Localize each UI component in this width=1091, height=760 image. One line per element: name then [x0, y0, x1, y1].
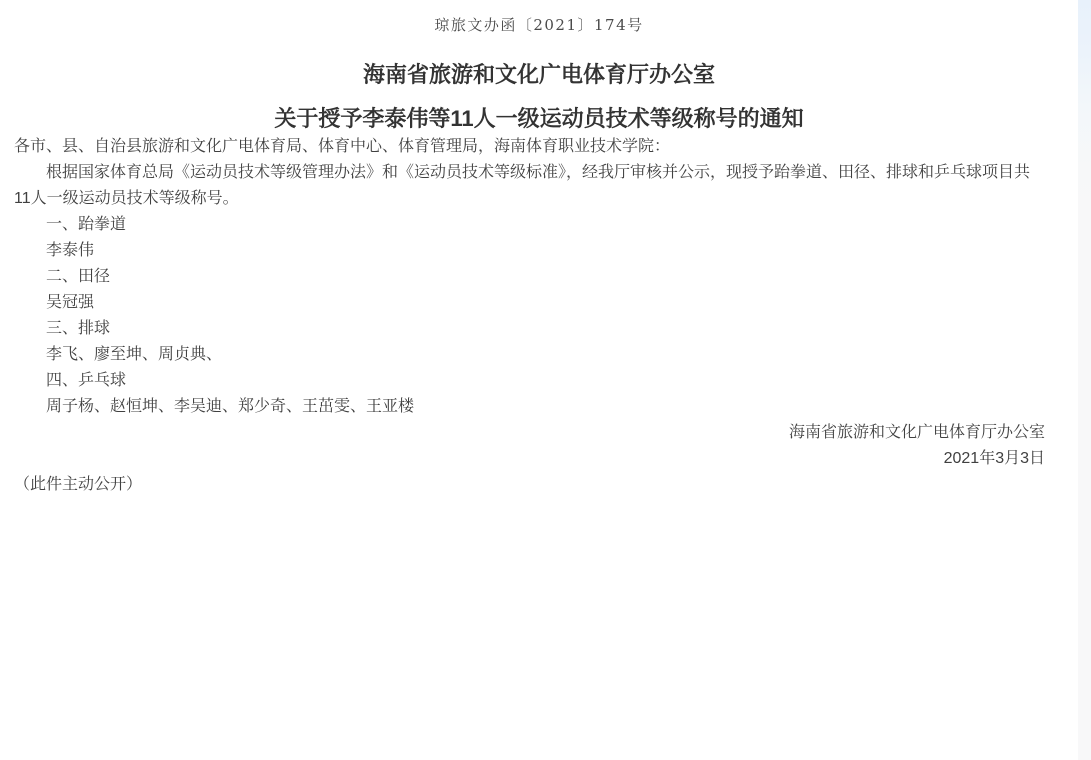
section-heading-athletics: 二、田径 [14, 264, 1064, 290]
body-paragraph-line-1: 根据国家体育总局《运动员技术等级管理办法》和《运动员技术等级标准》，经我厅审核并… [14, 160, 1064, 186]
scrollbar[interactable] [1078, 0, 1091, 760]
section-names-table-tennis: 周子杨、赵恒坤、李吴迪、郑少奇、王茁雯、王亚楼 [14, 394, 1064, 420]
section-heading-table-tennis: 四、乒乓球 [14, 368, 1064, 394]
section-heading-taekwondo: 一、跆拳道 [14, 212, 1064, 238]
public-disclosure-note: （此件主动公开） [14, 472, 1064, 498]
signature-organization: 海南省旅游和文化广电体育厅办公室 [14, 420, 1064, 446]
doc-number: 琼旅文办函〔2021〕174号 [14, 14, 1064, 36]
section-names-volleyball: 李飞、廖至坤、周贞典、 [14, 342, 1064, 368]
section-names-taekwondo: 李泰伟 [14, 238, 1064, 264]
document-page: 琼旅文办函〔2021〕174号 海南省旅游和文化广电体育厅办公室 关于授予李泰伟… [0, 0, 1078, 498]
notice-subject-title: 关于授予李泰伟等11人一级运动员技术等级称号的通知 [14, 104, 1064, 134]
signature-date: 2021年3月3日 [14, 446, 1064, 472]
section-names-athletics: 吴冠强 [14, 290, 1064, 316]
org-title: 海南省旅游和文化广电体育厅办公室 [14, 60, 1064, 90]
body-paragraph-line-2: 11人一级运动员技术等级称号。 [14, 186, 1064, 212]
section-heading-volleyball: 三、排球 [14, 316, 1064, 342]
salutation-line: 各市、县、自治县旅游和文化广电体育局、体育中心、体育管理局，海南体育职业技术学院… [14, 134, 1064, 160]
